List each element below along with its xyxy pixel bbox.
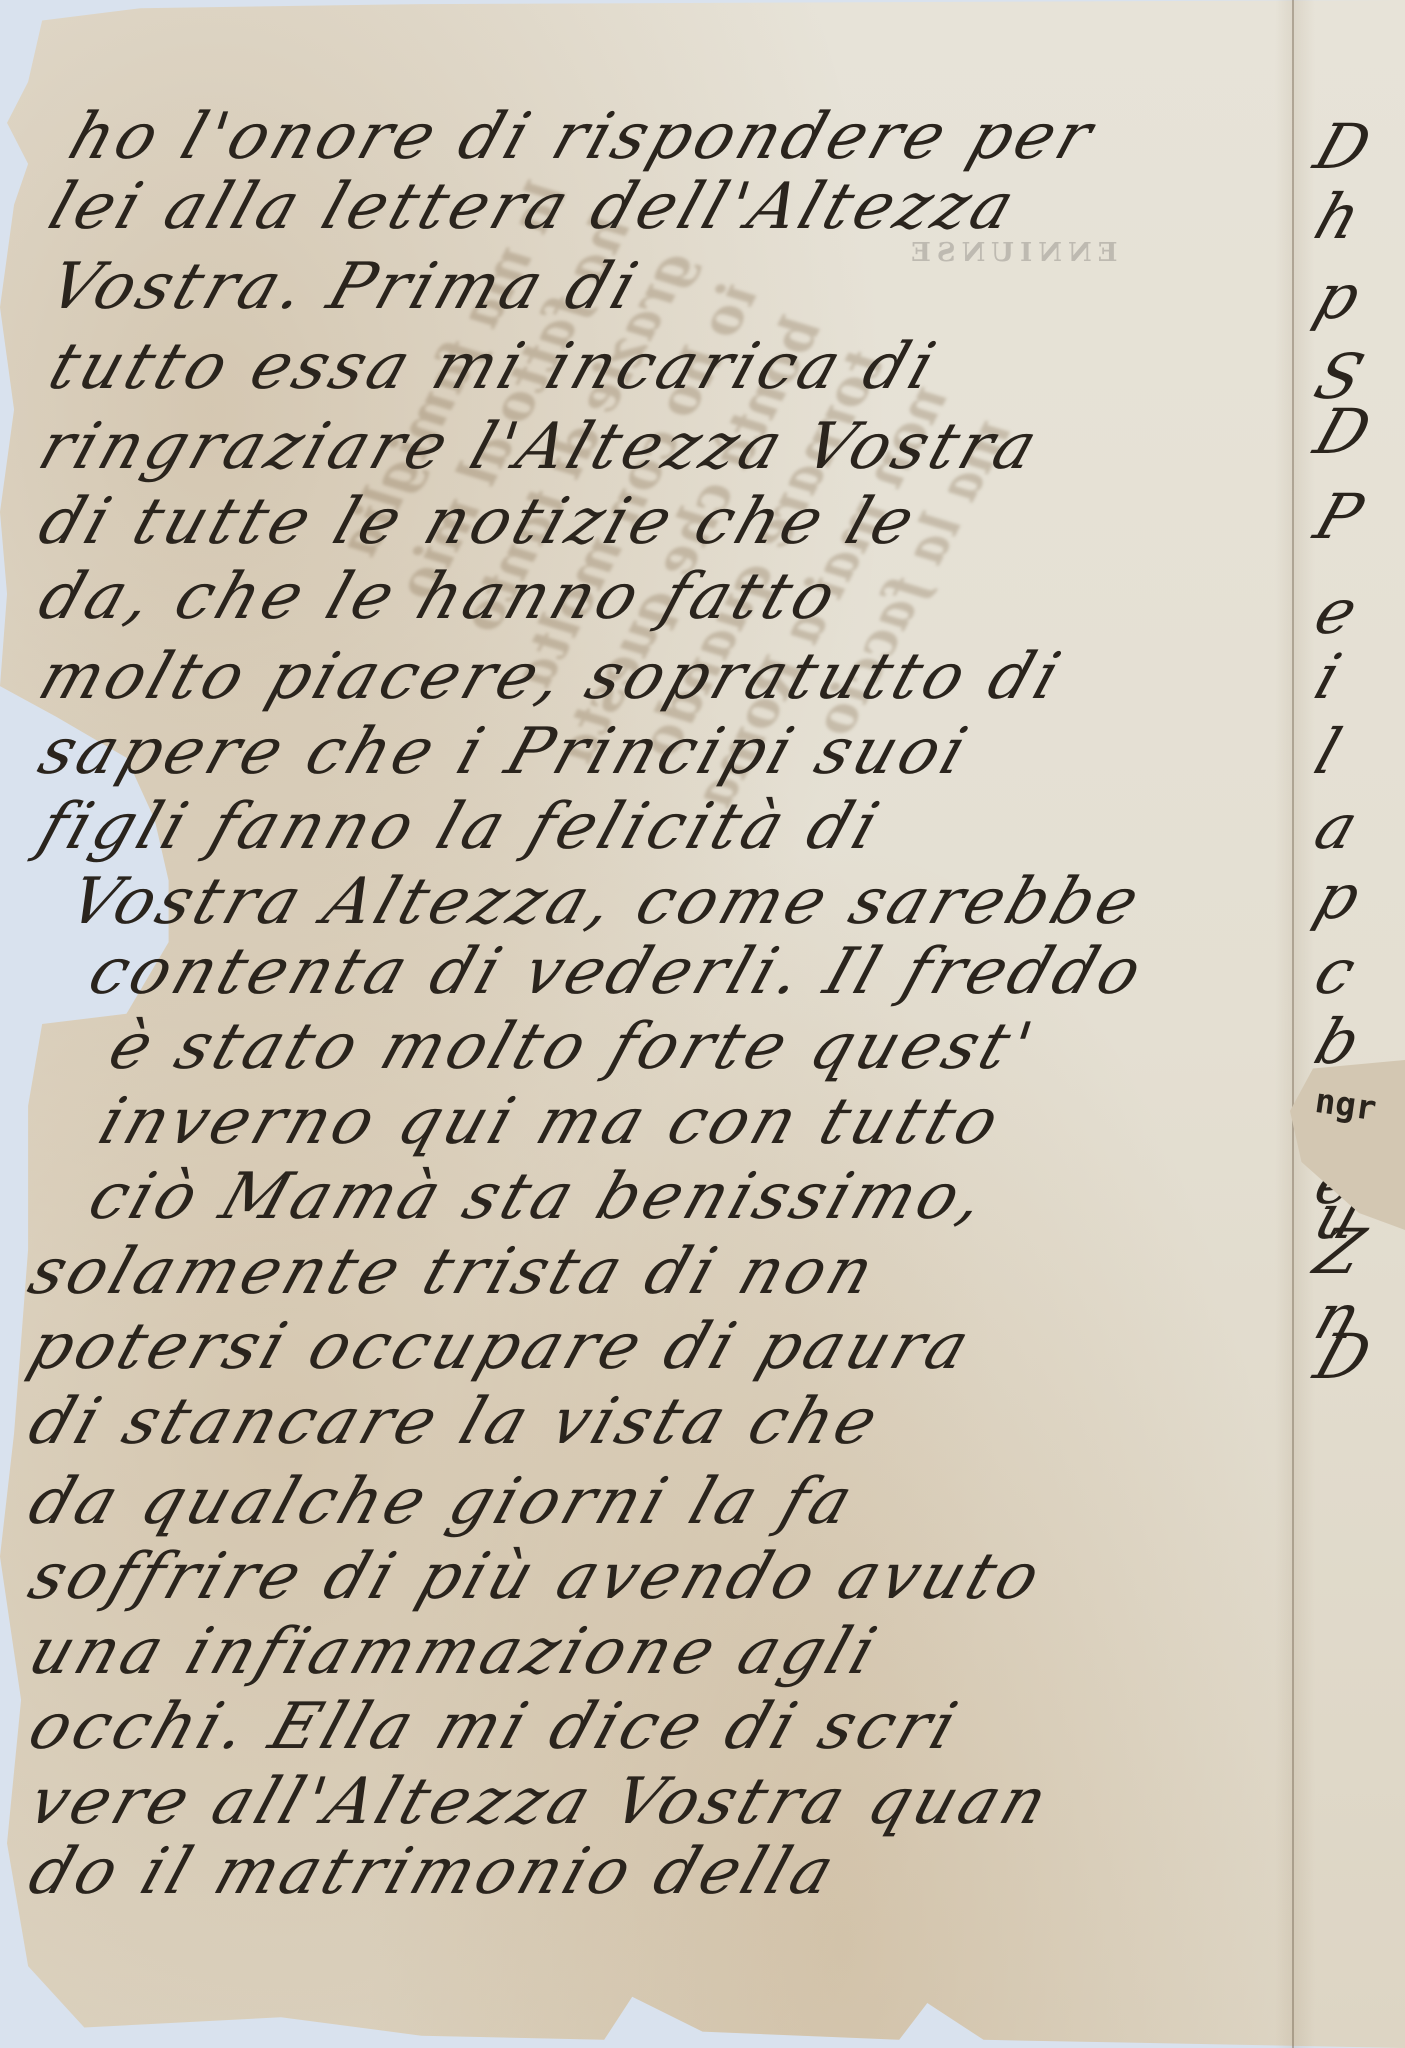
letter-line: ciò Mamà sta benissimo, [80,1160,997,1234]
letter-line: do il matrimonio della [20,1835,847,1909]
letter-line: ho l'onore di rispondere per [60,100,1105,174]
fragment-letter: i [1306,640,1350,713]
letter-line: di tutte le notizie che le [30,485,927,559]
fold-line [1292,0,1294,2048]
letter-line: lei alla lettera dell'Altezza [40,170,1027,244]
letter-line: solamente trista di non [20,1235,886,1309]
letter-line: è stato molto forte quest' [100,1010,1045,1084]
fragment-letter: e [1306,575,1366,648]
letter-line: sapere che i Principi suoi [30,715,979,789]
letter-line: ringraziare l'Altezza Vostra [30,410,1050,484]
letter-line: Vostra Altezza, come sarebbe [60,865,1152,939]
fragment-letter: l [1306,715,1350,788]
fragment-letter: p [1306,860,1369,933]
letter-line: figli fanno la felicità di [30,790,891,864]
letter-line: una infiammazione agli [20,1615,889,1689]
letter-line: di stancare la vista che [20,1385,890,1459]
letter-line: soffrire di più avendo avuto [20,1540,1052,1614]
letter-line: contenta di vederli. Il freddo [80,935,1154,1009]
fragment-letter: P [1306,480,1371,553]
letter-line: molto piacere, sopratutto di [30,640,1073,714]
letter-line: da qualche giorni la fa [20,1465,865,1539]
letter-line: da, che le hanno fatto [30,560,848,634]
fragment-letter: h [1306,180,1370,253]
letter-line: occhi. Ella mi dice di scri [20,1690,969,1764]
letter-line: vere all'Altezza Vostra quan [20,1765,1060,1839]
second-page-fragment: D h p S D P e i l a p c b e u Z n D [1300,0,1405,2048]
letter-body: ho l'onore di rispondere per lei alla le… [0,0,1290,2048]
fragment-letter: a [1306,790,1367,863]
letter-line: tutto essa mi incarica di [40,330,947,404]
fragment-letter: p [1306,260,1369,333]
letter-line: potersi occupare di paura [20,1310,982,1384]
patch-text: ngr [1313,1081,1379,1129]
fragment-letter: D [1306,110,1379,183]
fragment-letter: c [1306,935,1364,1008]
letter-line: Vostra. Prima di [40,250,650,324]
letter-line: inverno qui ma con tutto [90,1085,1011,1159]
